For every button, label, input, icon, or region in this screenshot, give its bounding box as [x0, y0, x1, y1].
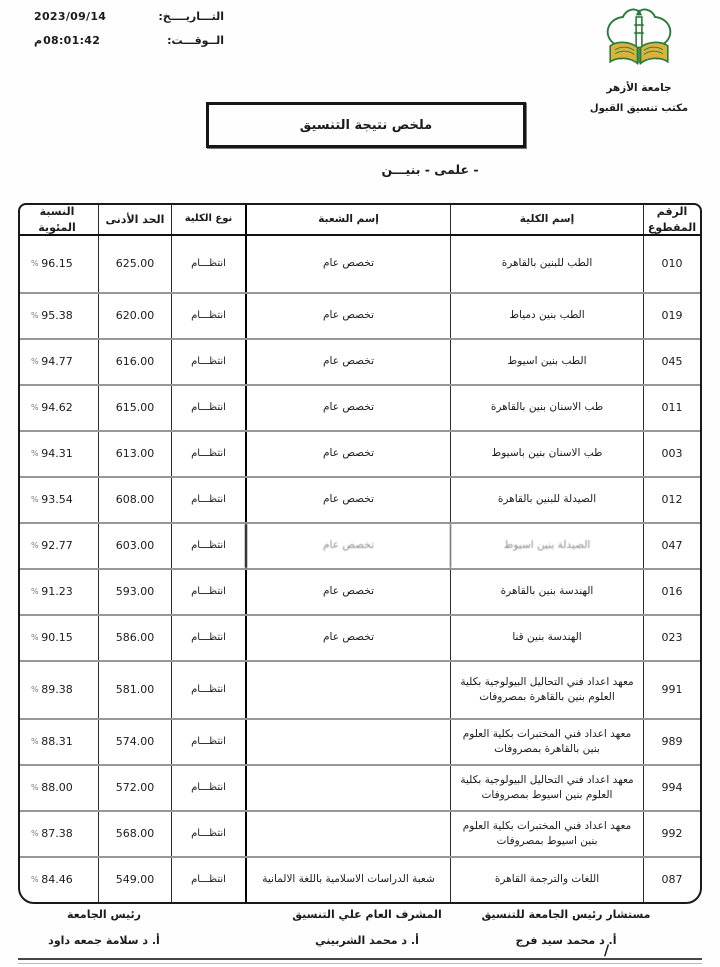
- handwritten-mark: /: [604, 943, 609, 959]
- percent-value: 88.00: [41, 780, 73, 796]
- cell-college: الصيدلة بنين اسيوط: [450, 524, 643, 568]
- table-row: 994 معهد اعداد فني التحاليل البيولوجية ب…: [20, 764, 700, 810]
- percent-sign: %: [31, 782, 39, 794]
- percent-sign: %: [31, 736, 39, 748]
- signature-name: أ. د سلامة جمعه داود: [28, 934, 180, 947]
- signature-president: رئيس الجامعة أ. د سلامة جمعه داود: [28, 908, 180, 947]
- table-row: 003 طب الاسنان بنين باسيوط تخصص عام انتظ…: [20, 430, 700, 476]
- percent-sign: %: [31, 310, 39, 322]
- cell-branch: [245, 766, 450, 810]
- cell-branch: تخصص عام: [245, 236, 450, 292]
- signature-supervisor: المشرف العام علي التنسيق أ. د محمد الشرب…: [262, 908, 472, 947]
- cell-percent: % 93.54: [18, 478, 98, 522]
- cell-min: 615.00: [98, 386, 171, 430]
- percent-value: 88.31: [41, 734, 73, 750]
- cell-college: معهد اعداد فني التحاليل البيولوجية بكلية…: [450, 662, 643, 718]
- percent-value: 89.38: [41, 682, 73, 698]
- datetime-block: التـــاريــــخ: 2023/09/14 الــوقـــت: م…: [34, 10, 224, 58]
- date-value: 2023/09/14: [34, 10, 106, 23]
- cell-type: انتظـــام: [171, 616, 245, 660]
- table-row: 992 معهد اعداد فني المختبرات بكلية العلو…: [20, 810, 700, 856]
- cell-min: 568.00: [98, 812, 171, 856]
- cell-college: الهندسة بنين بالقاهرة: [450, 570, 643, 614]
- percent-sign: %: [31, 258, 39, 270]
- percent-value: 94.31: [41, 446, 73, 462]
- cell-code: 012: [643, 478, 700, 522]
- percent-sign: %: [31, 684, 39, 696]
- cell-college: الطب بنين دمياط: [450, 294, 643, 338]
- cell-code: 019: [643, 294, 700, 338]
- report-subtitle: - علمى - بنيـــن: [350, 162, 510, 177]
- cell-percent: % 87.38: [18, 812, 98, 856]
- cell-branch: [245, 812, 450, 856]
- cell-type: انتظـــام: [171, 858, 245, 902]
- header-branch: إسم الشعبة: [245, 205, 450, 234]
- cell-min: 549.00: [98, 858, 171, 902]
- percent-sign: %: [31, 632, 39, 644]
- university-name: جامعة الأزهر: [574, 82, 704, 94]
- cell-code: 991: [643, 662, 700, 718]
- cell-branch: تخصص عام: [245, 616, 450, 660]
- cell-min: 616.00: [98, 340, 171, 384]
- cell-college: الصيدلة للبنين بالقاهرة: [450, 478, 643, 522]
- signature-title: المشرف العام علي التنسيق: [262, 908, 472, 934]
- signature-title: مستشار رئيس الجامعة للتنسيق: [450, 908, 682, 934]
- cell-code: 047: [643, 524, 700, 568]
- header-college: إسم الكلية: [450, 205, 643, 234]
- cell-type: انتظـــام: [171, 662, 245, 718]
- table-row: 019 الطب بنين دمياط تخصص عام انتظـــام 6…: [20, 292, 700, 338]
- signature-name: أ. د محمد سيد فرج: [450, 934, 682, 947]
- percent-value: 84.46: [41, 872, 73, 888]
- cell-min: 608.00: [98, 478, 171, 522]
- cell-college: اللغات والترجمة القاهرة: [450, 858, 643, 902]
- report-title: ملخص نتيجة التنسيق: [300, 118, 432, 133]
- percent-value: 96.15: [41, 256, 73, 272]
- cell-type: انتظـــام: [171, 812, 245, 856]
- percent-value: 94.77: [41, 354, 73, 370]
- percent-sign: %: [31, 448, 39, 460]
- cell-percent: % 94.62: [18, 386, 98, 430]
- cell-college: الطب بنين اسيوط: [450, 340, 643, 384]
- cell-college: الطب للبنين بالقاهرة: [450, 236, 643, 292]
- signature-title: رئيس الجامعة: [28, 908, 180, 934]
- percent-value: 93.54: [41, 492, 73, 508]
- cell-type: انتظـــام: [171, 432, 245, 476]
- office-name: مكتب تنسيق القبول: [574, 103, 704, 114]
- percent-sign: %: [31, 874, 39, 886]
- cell-type: انتظـــام: [171, 386, 245, 430]
- results-table: الرقم المقطوع إسم الكلية إسم الشعبة نوع …: [18, 203, 702, 904]
- percent-sign: %: [31, 828, 39, 840]
- table-row: 010 الطب للبنين بالقاهرة تخصص عام انتظــ…: [20, 236, 700, 292]
- table-row: 045 الطب بنين اسيوط تخصص عام انتظـــام 6…: [20, 338, 700, 384]
- cell-code: 992: [643, 812, 700, 856]
- cell-code: 003: [643, 432, 700, 476]
- table-row: 016 الهندسة بنين بالقاهرة تخصص عام انتظـ…: [20, 568, 700, 614]
- cell-type: انتظـــام: [171, 236, 245, 292]
- cell-type: انتظـــام: [171, 766, 245, 810]
- header-percent: النسبة المئوية: [18, 205, 98, 234]
- header-code: الرقم المقطوع: [643, 205, 700, 234]
- university-block: جامعة الأزهر مكتب تنسيق القبول: [574, 4, 704, 114]
- cell-type: انتظـــام: [171, 478, 245, 522]
- percent-value: 95.38: [41, 308, 73, 324]
- table-row: 047 الصيدلة بنين اسيوط تخصص عام انتظـــا…: [20, 522, 700, 568]
- percent-sign: %: [31, 356, 39, 368]
- cell-code: 016: [643, 570, 700, 614]
- cell-min: 572.00: [98, 766, 171, 810]
- cell-code: 011: [643, 386, 700, 430]
- cell-min: 613.00: [98, 432, 171, 476]
- table-row: 012 الصيدلة للبنين بالقاهرة تخصص عام انت…: [20, 476, 700, 522]
- table-row: 989 معهد اعداد فني المختبرات بكلية العلو…: [20, 718, 700, 764]
- cell-college: طب الاسنان بنين باسيوط: [450, 432, 643, 476]
- percent-sign: %: [31, 494, 39, 506]
- cell-min: 586.00: [98, 616, 171, 660]
- percent-value: 94.62: [41, 400, 73, 416]
- percent-value: 87.38: [41, 826, 73, 842]
- signature-advisor: مستشار رئيس الجامعة للتنسيق أ. د محمد سي…: [450, 908, 682, 947]
- cell-code: 045: [643, 340, 700, 384]
- report-title-box: ملخص نتيجة التنسيق: [206, 102, 526, 148]
- cell-min: 593.00: [98, 570, 171, 614]
- cell-type: انتظـــام: [171, 524, 245, 568]
- cell-code: 023: [643, 616, 700, 660]
- time-ampm: م: [34, 34, 42, 47]
- time-label: الــوقـــت:: [167, 34, 224, 47]
- header-type: نوع الكلية: [171, 205, 245, 234]
- percent-value: 91.23: [41, 584, 73, 600]
- cell-type: انتظـــام: [171, 570, 245, 614]
- cell-college: الهندسة بنين قنا: [450, 616, 643, 660]
- table-row: 991 معهد اعداد فني التحاليل البيولوجية ب…: [20, 660, 700, 718]
- cell-percent: % 88.00: [18, 766, 98, 810]
- al-azhar-logo-icon: [574, 4, 704, 78]
- cell-min: 620.00: [98, 294, 171, 338]
- cell-min: 625.00: [98, 236, 171, 292]
- date-label: التـــاريــــخ:: [158, 10, 224, 23]
- cell-college: معهد اعداد فني المختبرات بكلية العلوم بن…: [450, 720, 643, 764]
- cell-code: 087: [643, 858, 700, 902]
- cell-type: انتظـــام: [171, 294, 245, 338]
- percent-value: 92.77: [41, 538, 73, 554]
- cell-branch: تخصص عام: [245, 294, 450, 338]
- table-row: 011 طب الاسنان بنين بالقاهرة تخصص عام ان…: [20, 384, 700, 430]
- cell-percent: % 94.31: [18, 432, 98, 476]
- cell-branch: تخصص عام: [245, 340, 450, 384]
- table-row: 087 اللغات والترجمة القاهرة شعبة الدراسا…: [20, 856, 700, 902]
- time-line: الــوقـــت: م08:01:42: [34, 34, 224, 58]
- cell-percent: % 91.23: [18, 570, 98, 614]
- cell-type: انتظـــام: [171, 720, 245, 764]
- cell-percent: % 84.46: [18, 858, 98, 902]
- cell-min: 581.00: [98, 662, 171, 718]
- header-min: الحد الأدنى: [98, 205, 171, 234]
- cell-min: 603.00: [98, 524, 171, 568]
- cell-percent: % 90.15: [18, 616, 98, 660]
- cell-percent: % 89.38: [18, 662, 98, 718]
- cell-college: طب الاسنان بنين بالقاهرة: [450, 386, 643, 430]
- cell-percent: % 95.38: [18, 294, 98, 338]
- cell-college: معهد اعداد فني التحاليل البيولوجية بكلية…: [450, 766, 643, 810]
- time-value: م08:01:42: [34, 34, 100, 47]
- cell-branch: تخصص عام: [245, 524, 450, 568]
- cell-type: انتظـــام: [171, 340, 245, 384]
- signature-name: أ. د محمد الشربيني: [262, 934, 472, 947]
- table-row: 023 الهندسة بنين قنا تخصص عام انتظـــام …: [20, 614, 700, 660]
- cell-percent: % 94.77: [18, 340, 98, 384]
- date-line: التـــاريــــخ: 2023/09/14: [34, 10, 224, 34]
- cell-branch: شعبة الدراسات الاسلامية باللغة الالمانية: [245, 858, 450, 902]
- footer-divider: [18, 958, 702, 964]
- percent-sign: %: [31, 540, 39, 552]
- cell-percent: % 88.31: [18, 720, 98, 764]
- cell-code: 989: [643, 720, 700, 764]
- cell-branch: تخصص عام: [245, 570, 450, 614]
- report-page: التـــاريــــخ: 2023/09/14 الــوقـــت: م…: [0, 0, 720, 967]
- percent-sign: %: [31, 402, 39, 414]
- cell-branch: تخصص عام: [245, 478, 450, 522]
- cell-code: 010: [643, 236, 700, 292]
- cell-percent: % 92.77: [18, 524, 98, 568]
- cell-branch: [245, 662, 450, 718]
- cell-branch: [245, 720, 450, 764]
- cell-min: 574.00: [98, 720, 171, 764]
- percent-sign: %: [31, 586, 39, 598]
- cell-branch: تخصص عام: [245, 432, 450, 476]
- percent-value: 90.15: [41, 630, 73, 646]
- cell-branch: تخصص عام: [245, 386, 450, 430]
- cell-percent: % 96.15: [18, 236, 98, 292]
- table-header-row: الرقم المقطوع إسم الكلية إسم الشعبة نوع …: [20, 205, 700, 236]
- cell-code: 994: [643, 766, 700, 810]
- cell-college: معهد اعداد فني المختبرات بكلية العلوم بن…: [450, 812, 643, 856]
